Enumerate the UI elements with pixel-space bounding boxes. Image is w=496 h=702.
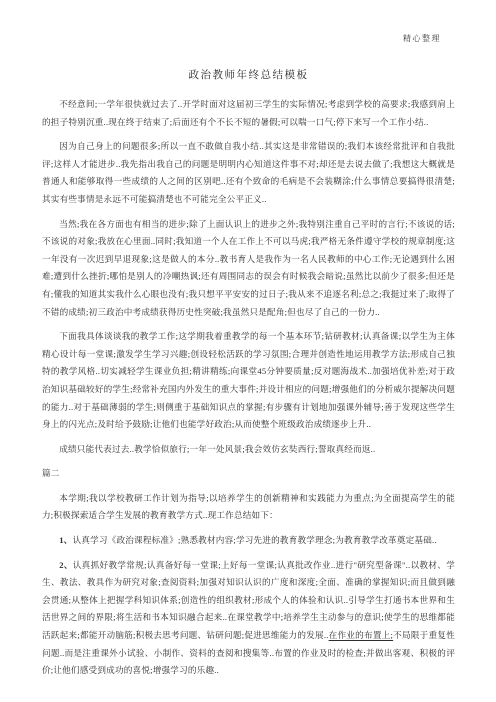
paragraph-4: 下面我具体谈谈我的教学工作;这学期我着重教学的每一个基本环节;钻研教材;认真备课… [42,328,455,434]
list-item-1: 1、认真学习《政治课程标准》;熟悉教材内容;学习先进的教育教学理念;为教育教学改… [42,532,455,550]
list-item-2-number: 2、 [59,560,73,570]
document-page: 精心整理 政治教师年终总结模板 不经意间;一学年很快就过去了..开学时面对这届初… [0,0,496,702]
section-two-label: 篇二 [42,465,455,483]
list-item-2-text-start: 认真抓好教学常规;认真备好每一堂课;上好每一堂课;认真批改作业..进行"研究型备… [42,560,455,640]
list-item-1-text: 认真学习《政治课程标准》;熟悉教材内容;学习先进的教育教学理念;为教育教学改革奠… [72,535,436,545]
paragraph-2: 因为自己身上的问题很多;所以一直不敢做自我小结..其实这是非常错误的;我们本该经… [42,138,455,208]
page-title: 政治教师年终总结模板 [42,67,455,82]
section-two-intro: 本学期;我以学校教研工作计划为指导;以培养学生的创新精神和实践能力为重点;为全面… [42,490,455,525]
header-note: 精心整理 [42,33,455,43]
paragraph-1: 不经意间;一学年很快就过去了..开学时面对这届初三学生的实际情况;考虑到学校的高… [42,96,455,131]
paragraph-3: 当然;我在各方面也有相当的进步;除了上面认识上的进步之外;我特别注重自己平时的言… [42,216,455,322]
paragraph-5: 成绩只能代表过去..教学恰似旅行;一年一处风景;我会效仿玄奘西行;誓取真经而返.… [42,441,455,459]
list-item-1-number: 1、 [59,535,72,545]
list-item-2: 2、认真抓好教学常规;认真备好每一堂课;上好每一堂课;认真批改作业..进行"研究… [42,557,455,680]
list-item-2-underlined-text: 在作业的布置上; [329,630,394,640]
